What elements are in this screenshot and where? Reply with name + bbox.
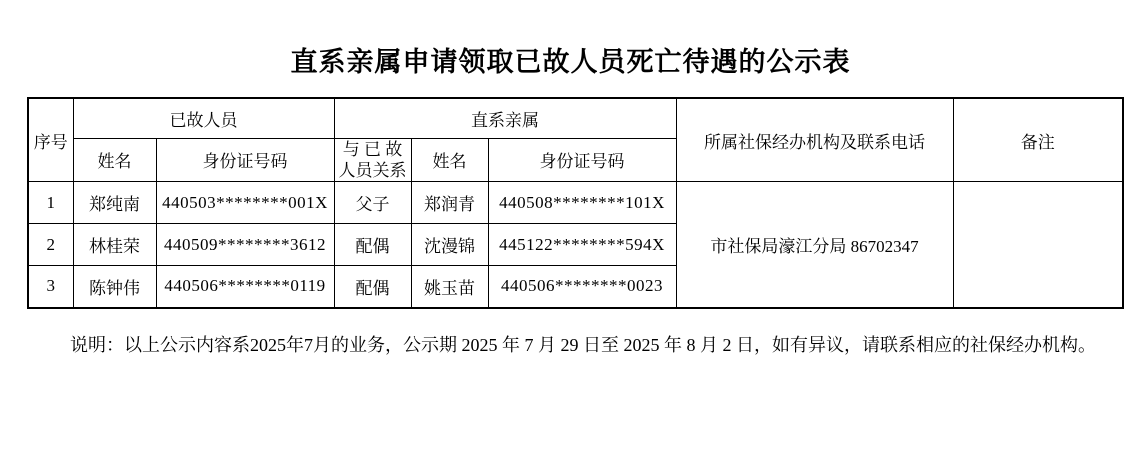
- header-deceased-group: 已故人员: [73, 98, 334, 138]
- header-remarks: 备注: [953, 98, 1123, 182]
- relative-id-cell: 440508********101X: [488, 182, 676, 224]
- deceased-name-cell: 陈钟伟: [73, 266, 156, 308]
- header-deceased-name: 姓名: [73, 138, 156, 182]
- header-row-groups: 序号 已故人员 直系亲属 所属社保经办机构及联系电话 备注: [28, 98, 1123, 138]
- header-seq: 序号: [28, 98, 73, 182]
- remarks-cell: [953, 182, 1123, 308]
- header-relative-id: 身份证号码: [488, 138, 676, 182]
- deceased-id-cell: 440506********0119: [156, 266, 334, 308]
- header-deceased-id: 身份证号码: [156, 138, 334, 182]
- deceased-name-cell: 林桂荣: [73, 224, 156, 266]
- header-relative-name: 姓名: [411, 138, 488, 182]
- relative-id-cell: 445122********594X: [488, 224, 676, 266]
- relative-id-cell: 440506********0023: [488, 266, 676, 308]
- relationship-cell: 配偶: [334, 266, 411, 308]
- relative-name-cell: 姚玉苗: [411, 266, 488, 308]
- seq-cell: 2: [28, 224, 73, 266]
- notice-page: 直系亲属申请领取已故人员死亡待遇的公示表 序号 已故人员 直系亲属 所属社保经办…: [0, 0, 1141, 464]
- relative-name-cell: 沈漫锦: [411, 224, 488, 266]
- seq-cell: 3: [28, 266, 73, 308]
- deceased-id-cell: 440503********001X: [156, 182, 334, 224]
- note-text: 说明：以上公示内容系2025年7月的业务，公示期 2025 年 7 月 29 日…: [70, 334, 1129, 357]
- notice-table: 序号 已故人员 直系亲属 所属社保经办机构及联系电话 备注 姓名 身份证号码 与…: [27, 97, 1124, 309]
- page-title: 直系亲属申请领取已故人员死亡待遇的公示表: [0, 40, 1141, 79]
- relationship-cell: 父子: [334, 182, 411, 224]
- header-agency: 所属社保经办机构及联系电话: [676, 98, 953, 182]
- agency-cell: 市社保局濠江分局 86702347: [676, 182, 953, 308]
- header-relative-group: 直系亲属: [334, 98, 676, 138]
- deceased-id-cell: 440509********3612: [156, 224, 334, 266]
- deceased-name-cell: 郑纯南: [73, 182, 156, 224]
- table-row: 1 郑纯南 440503********001X 父子 郑润青 440508**…: [28, 182, 1123, 224]
- relationship-cell: 配偶: [334, 224, 411, 266]
- relative-name-cell: 郑润青: [411, 182, 488, 224]
- seq-cell: 1: [28, 182, 73, 224]
- header-relationship: 与 已 故 人员关系: [334, 138, 411, 182]
